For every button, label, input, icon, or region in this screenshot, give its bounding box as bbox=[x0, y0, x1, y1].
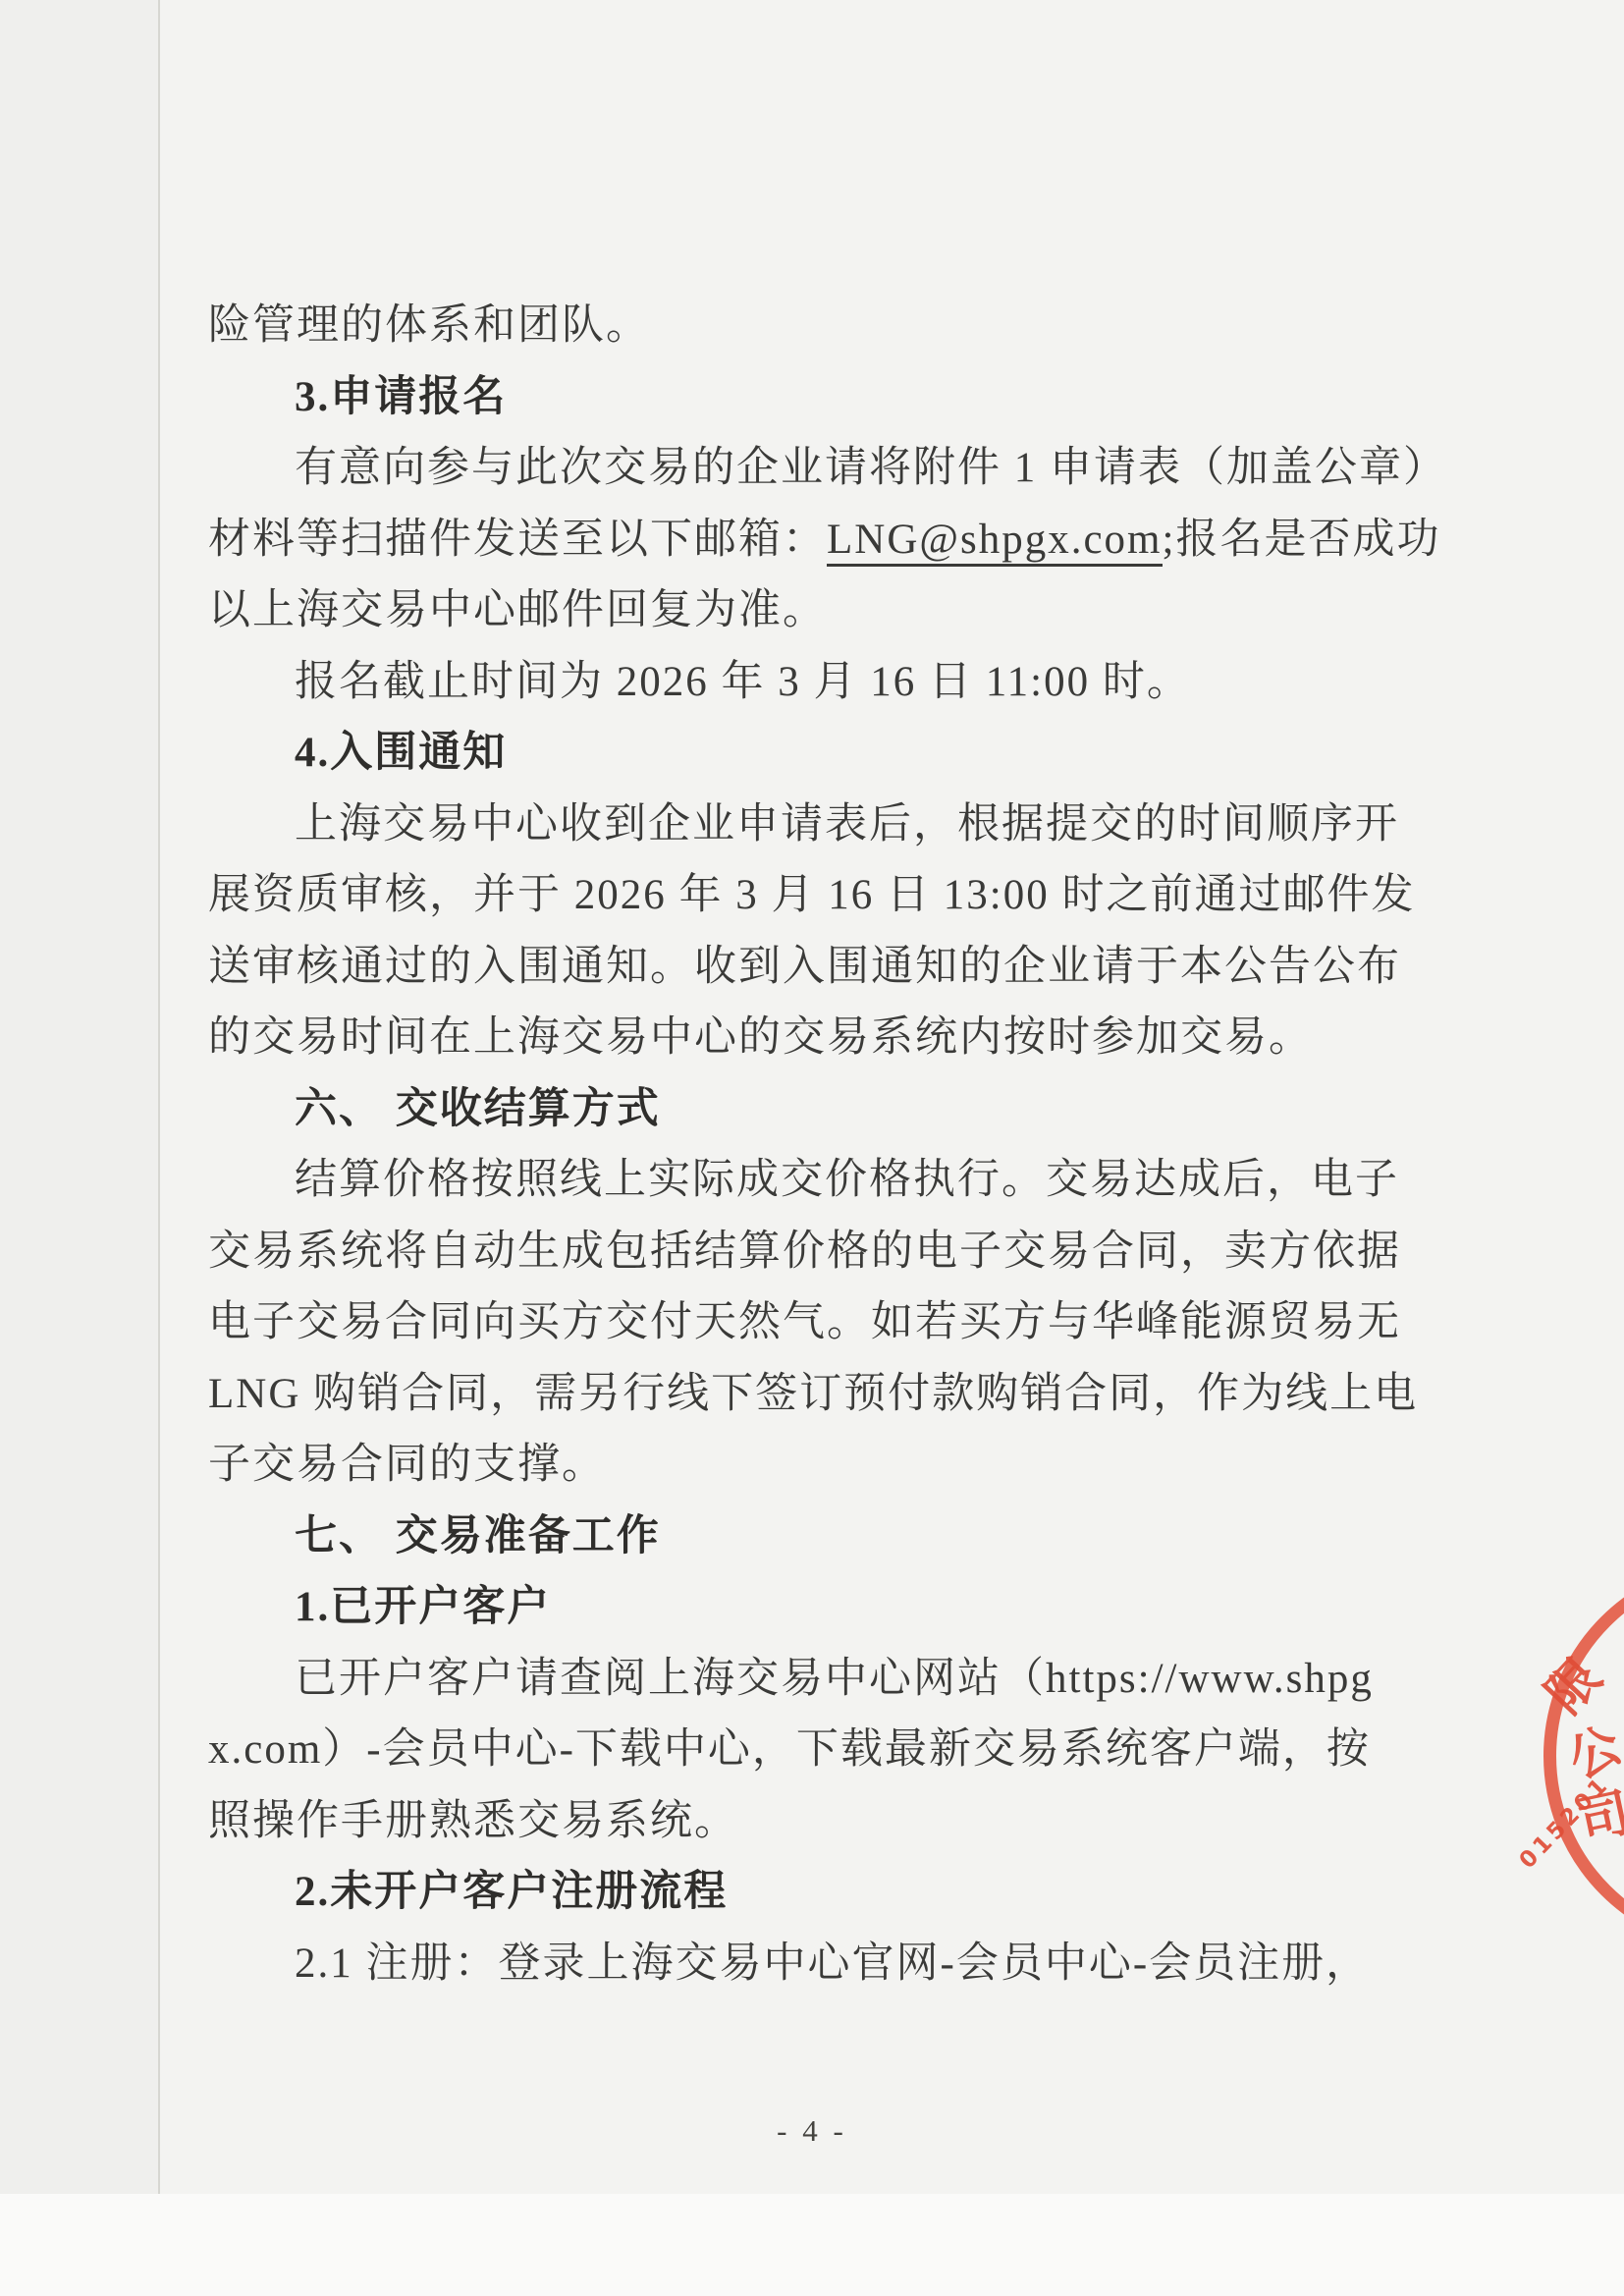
body-line: 子交易合同的支撑。 bbox=[208, 1430, 1465, 1502]
body-line: 险管理的体系和团队。 bbox=[208, 291, 1465, 362]
body-line: 送审核通过的入围通知。收到入围通知的企业请于本公告公布 bbox=[208, 932, 1465, 1004]
body-line: 结算价格按照线上实际成交价格执行。交易达成后，电子 bbox=[208, 1145, 1465, 1217]
body-line: 已开户客户请查阅上海交易中心网站（https://www.shpg bbox=[208, 1644, 1465, 1716]
email-line-suffix: ;报名是否成功 bbox=[1163, 517, 1441, 563]
body-line-with-email: 材料等扫描件发送至以下邮箱：LNG@shpgx.com;报名是否成功 bbox=[208, 505, 1465, 576]
body-line: 照操作手册熟悉交易系统。 bbox=[208, 1786, 1465, 1858]
section-heading: 3.申请报名 bbox=[208, 362, 1465, 434]
body-line: 上海交易中心收到企业申请表后，根据提交的时间顺序开 bbox=[208, 790, 1465, 861]
scanned-page: 险管理的体系和团队。 3.申请报名 有意向参与此次交易的企业请将附件 1 申请表… bbox=[0, 0, 1624, 2296]
page-number: - 4 - bbox=[0, 2113, 1624, 2149]
body-line: 展资质审核，并于 2026 年 3 月 16 日 13:00 时之前通过邮件发 bbox=[208, 860, 1465, 932]
scan-left-margin bbox=[0, 0, 158, 2296]
body-line: x.com）-会员中心-下载中心，下载最新交易系统客户端，按 bbox=[208, 1715, 1465, 1786]
email-line-prefix: 材料等扫描件发送至以下邮箱： bbox=[208, 517, 827, 563]
body-line: 以上海交易中心邮件回复为准。 bbox=[208, 575, 1465, 647]
section-heading: 4.入围通知 bbox=[208, 718, 1465, 790]
email-address: LNG@shpgx.com bbox=[827, 517, 1163, 567]
document-body: 险管理的体系和团队。 3.申请报名 有意向参与此次交易的企业请将附件 1 申请表… bbox=[208, 291, 1465, 1999]
page-fold-line bbox=[158, 0, 160, 2296]
body-line: 报名截止时间为 2026 年 3 月 16 日 11:00 时。 bbox=[208, 647, 1465, 719]
body-line: 电子交易合同向买方交付天然气。如若买方与华峰能源贸易无 bbox=[208, 1287, 1465, 1359]
scan-bottom-band bbox=[0, 2194, 1624, 2296]
section-heading: 2.未开户客户注册流程 bbox=[208, 1857, 1465, 1929]
section-heading: 1.已开户客户 bbox=[208, 1572, 1465, 1644]
section-heading: 六、 交收结算方式 bbox=[208, 1074, 1465, 1146]
body-line: 有意向参与此次交易的企业请将附件 1 申请表（加盖公章） bbox=[208, 433, 1465, 505]
section-heading: 七、 交易准备工作 bbox=[208, 1502, 1465, 1573]
body-line: 交易系统将自动生成包括结算价格的电子交易合同，卖方依据 bbox=[208, 1217, 1465, 1288]
body-line: LNG 购销合同，需另行线下签订预付款购销合同，作为线上电 bbox=[208, 1359, 1465, 1431]
body-line: 2.1 注册：登录上海交易中心官网-会员中心-会员注册， bbox=[208, 1929, 1465, 2000]
body-line: 的交易时间在上海交易中心的交易系统内按时参加交易。 bbox=[208, 1003, 1465, 1074]
